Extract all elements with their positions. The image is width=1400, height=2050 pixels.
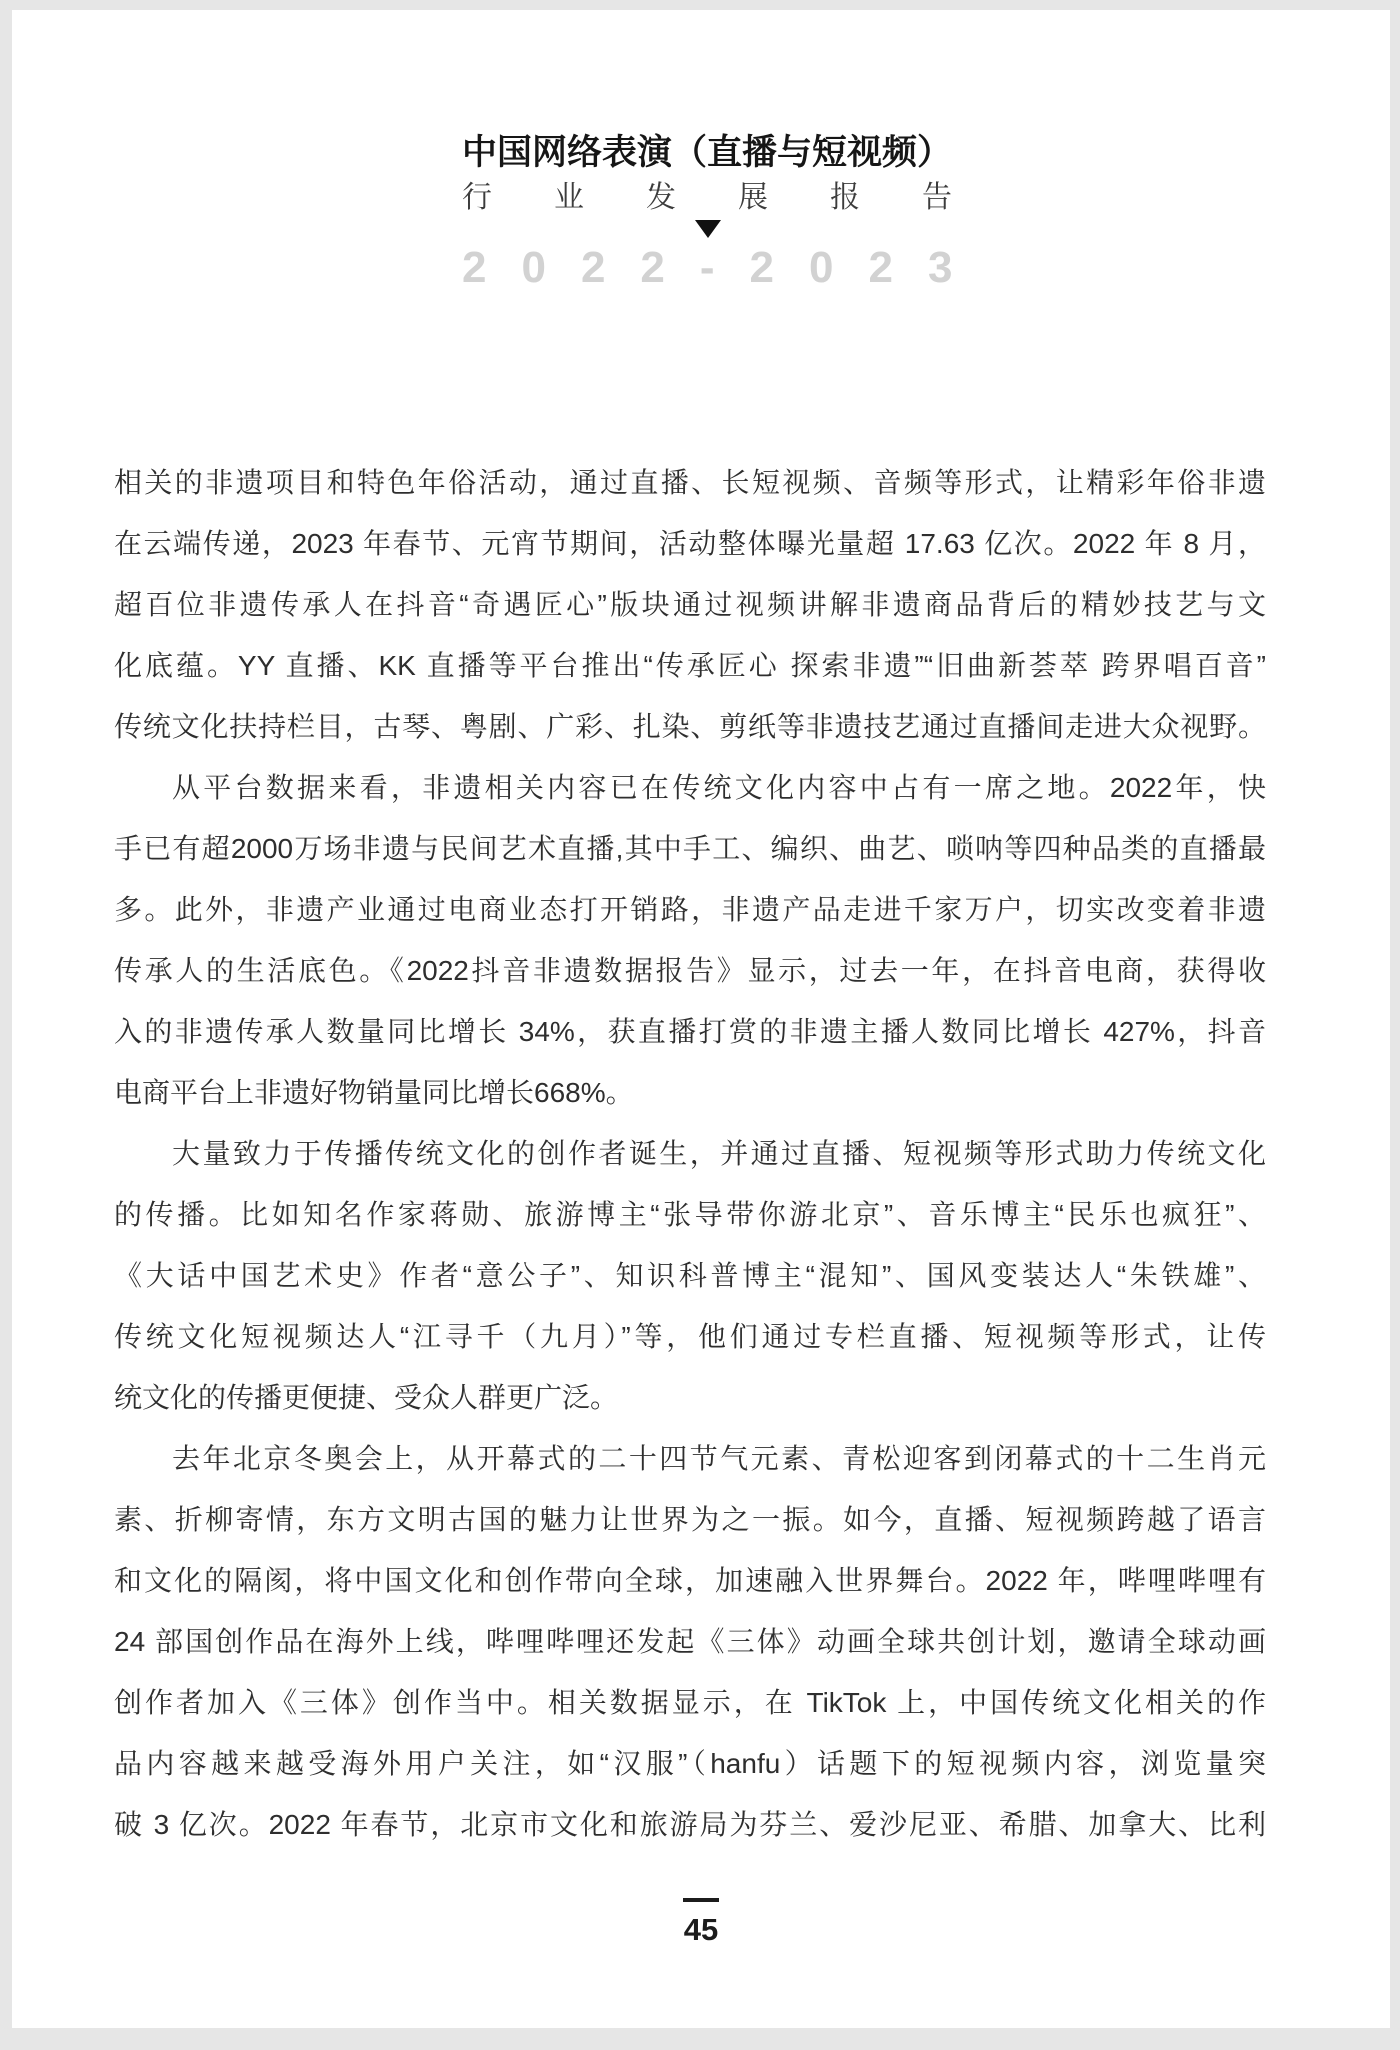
footer-rule bbox=[683, 1898, 719, 1902]
body-line: 电商平台上非遗好物销量同比增长668%。 bbox=[114, 1062, 1266, 1123]
document-page: 中国网络表演（直播与短视频） 行业发展报告 2022-2023 相关的非遗项目和… bbox=[0, 0, 1400, 2050]
body-line: 素、折柳寄情，东方文明古国的魅力让世界为之一振。如今，直播、短视频跨越了语言 bbox=[114, 1489, 1266, 1550]
body-line: 《大话中国艺术史》作者“意公子”、知识科普博主“混知”、国风变装达人“朱铁雄”、 bbox=[114, 1245, 1266, 1306]
body-line: 传统文化短视频达人“江寻千（九月）”等，他们通过专栏直播、短视频等形式，让传 bbox=[114, 1306, 1266, 1367]
body-line: 入的非遗传承人数量同比增长 34%，获直播打赏的非遗主播人数同比增长 427%，… bbox=[114, 1001, 1266, 1062]
body-line: 的传播。比如知名作家蒋勋、旅游博主“张导带你游北京”、音乐博主“民乐也疯狂”、 bbox=[114, 1184, 1266, 1245]
body-line: 破 3 亿次。2022 年春节，北京市文化和旅游局为芬兰、爱沙尼亚、希腊、加拿大… bbox=[114, 1794, 1266, 1855]
body-line: 化底蕴。YY 直播、KK 直播等平台推出“传承匠心 探索非遗”“旧曲新荟萃 跨界… bbox=[114, 635, 1266, 696]
body-line: 品内容越来越受海外用户关注，如“汉服”（hanfu）话题下的短视频内容，浏览量突 bbox=[114, 1733, 1266, 1794]
body-line: 统文化的传播更便捷、受众人群更广泛。 bbox=[114, 1367, 1266, 1428]
body-line: 去年北京冬奥会上，从开幕式的二十四节气元素、青松迎客到闭幕式的十二生肖元 bbox=[114, 1428, 1266, 1489]
report-subtitle: 行业发展报告 bbox=[462, 178, 954, 218]
body-line: 和文化的隔阂，将中国文化和创作带向全球，加速融入世界舞台。2022 年，哔哩哔哩… bbox=[114, 1550, 1266, 1611]
paragraph: 大量致力于传播传统文化的创作者诞生，并通过直播、短视频等形式助力传统文化 的传播… bbox=[114, 1123, 1266, 1428]
body-line: 相关的非遗项目和特色年俗活动，通过直播、长短视频、音频等形式，让精彩年俗非遗 bbox=[114, 452, 1266, 513]
paragraph: 相关的非遗项目和特色年俗活动，通过直播、长短视频、音频等形式，让精彩年俗非遗 在… bbox=[114, 452, 1266, 757]
body-line: 创作者加入《三体》创作当中。相关数据显示，在 TikTok 上，中国传统文化相关… bbox=[114, 1672, 1266, 1733]
body-line: 传统文化扶持栏目，古琴、粤剧、广彩、扎染、剪纸等非遗技艺通过直播间走进大众视野。 bbox=[114, 696, 1266, 757]
body-line: 超百位非遗传承人在抖音“奇遇匠心”版块通过视频讲解非遗商品背后的精妙技艺与文 bbox=[114, 574, 1266, 635]
body-text: 相关的非遗项目和特色年俗活动，通过直播、长短视频、音频等形式，让精彩年俗非遗 在… bbox=[114, 452, 1266, 1855]
body-line: 多。此外，非遗产业通过电商业态打开销路，非遗产品走进千家万户，切实改变着非遗 bbox=[114, 879, 1266, 940]
paragraph: 从平台数据来看，非遗相关内容已在传统文化内容中占有一席之地。2022年，快 手已… bbox=[114, 757, 1266, 1123]
page-number: 45 bbox=[641, 1908, 761, 1952]
report-logo: 中国网络表演（直播与短视频） 行业发展报告 2022-2023 bbox=[462, 130, 954, 292]
body-line: 手已有超2000万场非遗与民间艺术直播,其中手工、编织、曲艺、唢呐等四种品类的直… bbox=[114, 818, 1266, 879]
report-years: 2022-2023 bbox=[462, 244, 954, 292]
body-line: 传承人的生活底色。《2022抖音非遗数据报告》显示，过去一年，在抖音电商，获得收 bbox=[114, 940, 1266, 1001]
body-line: 24 部国创作品在海外上线，哔哩哔哩还发起《三体》动画全球共创计划，邀请全球动画 bbox=[114, 1611, 1266, 1672]
body-line: 从平台数据来看，非遗相关内容已在传统文化内容中占有一席之地。2022年，快 bbox=[114, 757, 1266, 818]
paragraph: 去年北京冬奥会上，从开幕式的二十四节气元素、青松迎客到闭幕式的十二生肖元 素、折… bbox=[114, 1428, 1266, 1855]
report-title: 中国网络表演（直播与短视频） bbox=[462, 130, 954, 176]
body-line: 在云端传递，2023 年春节、元宵节期间，活动整体曝光量超 17.63 亿次。2… bbox=[114, 513, 1266, 574]
body-line: 大量致力于传播传统文化的创作者诞生，并通过直播、短视频等形式助力传统文化 bbox=[114, 1123, 1266, 1184]
down-triangle-icon bbox=[695, 220, 721, 238]
